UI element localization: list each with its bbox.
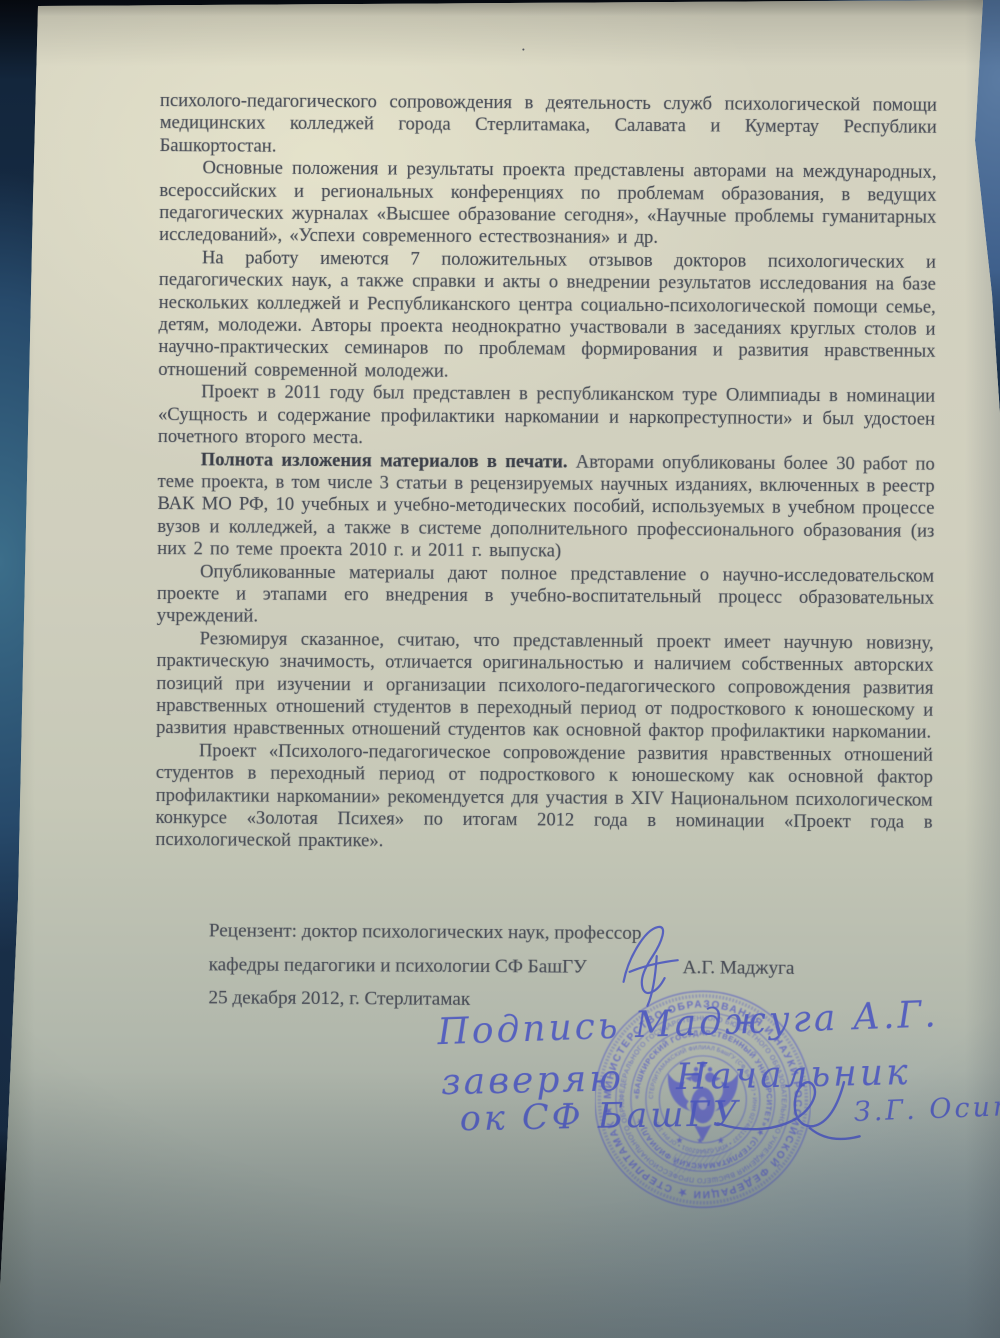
typed-text-block: психолого-педагогического сопровождения …: [155, 90, 937, 857]
paragraph: Опубликованные материалы дают полное пре…: [157, 561, 934, 633]
reviewer-line-2: кафедры педагогики и психологии СФ БашГУ…: [209, 948, 795, 985]
paragraph: Резюмируя сказанное, считаю, что предста…: [156, 628, 934, 745]
pen-signature-flourish-icon: [714, 1065, 864, 1146]
reviewer-line-2-text: кафедры педагогики и психологии СФ БашГУ: [209, 954, 587, 977]
stray-dot: .: [521, 35, 525, 55]
handwriting-signer-name: З.Г. Осипова: [853, 1089, 1000, 1128]
paragraph: Полнота изложения материалов в печати. А…: [157, 448, 935, 565]
reviewer-line-1: Рецензент: доктор психологических наук, …: [209, 914, 795, 951]
paragraph-bold-lead: Полнота изложения материалов в печати.: [201, 449, 568, 472]
paragraph: психолого-педагогического сопровождения …: [160, 90, 937, 162]
handwriting-line-3: ок СФ БашГУ: [459, 1094, 741, 1139]
photo-content: . психолого-педагогического сопровождени…: [0, 0, 1000, 1338]
paragraph: Основные положения и результаты проекта …: [159, 157, 937, 251]
reviewer-name: А.Г. Маджуга: [683, 951, 795, 985]
paragraph: Проект в 2011 году был представлен в рес…: [158, 381, 935, 453]
paragraph: Проект «Психолого-педагогическое сопрово…: [155, 740, 933, 857]
paragraph: На работу имеются 7 положительных отзыво…: [158, 247, 936, 386]
handwriting-gap: [624, 1089, 676, 1090]
